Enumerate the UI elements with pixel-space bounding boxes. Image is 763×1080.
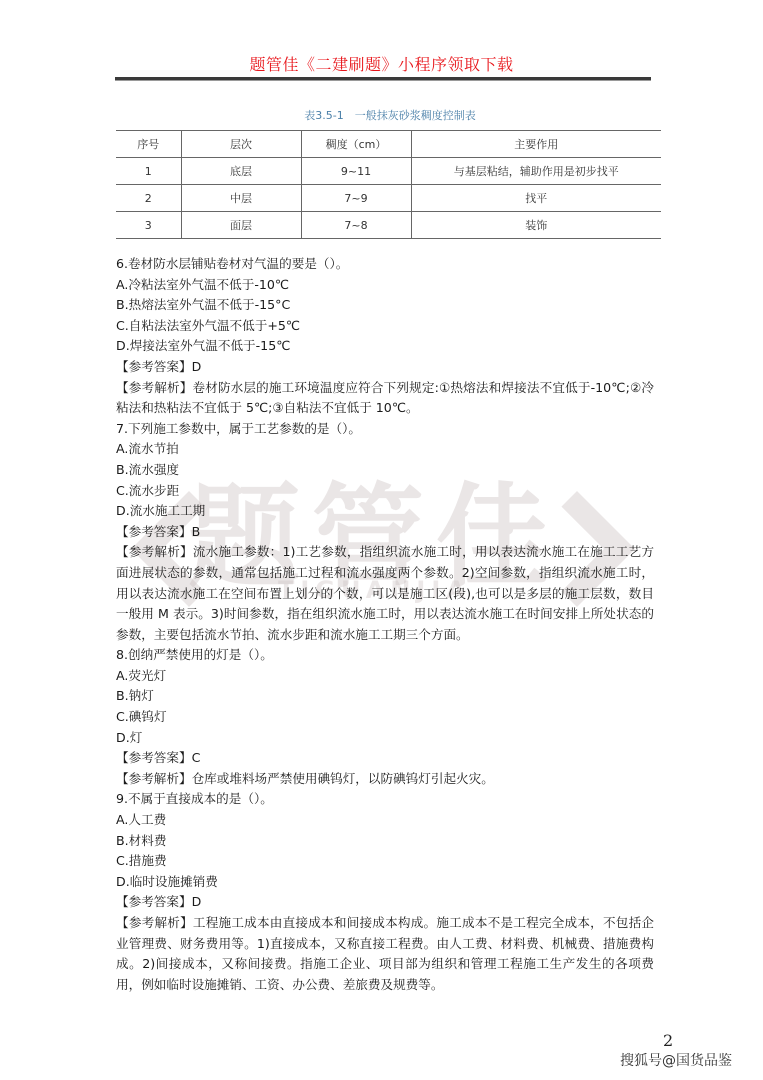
question-stem: 8.创纳严禁使用的灯是（）。 (116, 645, 654, 666)
table-cell: 3 (116, 212, 181, 239)
table-cell: 2 (116, 185, 181, 212)
option: C.自粘法法室外气温不低于+5℃ (116, 316, 654, 337)
option: D.流水施工工期 (116, 501, 654, 522)
question-6: 6.卷材防水层铺贴卷材对气温的要是（）。 A.冷粘法室外气温不低于-10℃ B.… (116, 254, 654, 419)
table-cell: 中层 (181, 185, 301, 212)
reference-analysis: 【参考解析】工程施工成本由直接成本和间接成本构成。施工成本不是工程完全成本，不包… (116, 913, 654, 995)
table-row: 2 中层 7~9 找平 (116, 185, 661, 212)
mortar-consistency-table: 序号 层次 稠度（cm） 主要作用 1 底层 9~11 与基层粘结，辅助作用是初… (116, 130, 661, 239)
table-cell: 装饰 (411, 212, 661, 239)
option: A.冷粘法室外气温不低于-10℃ (116, 275, 654, 296)
option: D.焊接法室外气温不低于-15℃ (116, 336, 654, 357)
question-stem: 6.卷材防水层铺贴卷材对气温的要是（）。 (116, 254, 654, 275)
reference-analysis: 【参考解析】仓库或堆料场严禁使用碘钨灯，以防碘钨灯引起火灾。 (116, 769, 654, 790)
table-cell: 1 (116, 158, 181, 185)
question-stem: 7.下列施工参数中，属于工艺参数的是（）。 (116, 419, 654, 440)
table-row: 1 底层 9~11 与基层粘结，辅助作用是初步找平 (116, 158, 661, 185)
table-row: 3 面层 7~8 装饰 (116, 212, 661, 239)
reference-analysis: 【参考解析】流水施工参数：1)工艺参数，指组织流水施工时，用以表达流水施工在施工… (116, 542, 654, 645)
table-cell: 9~11 (301, 158, 411, 185)
column-header: 层次 (181, 131, 301, 158)
option: B.材料费 (116, 831, 654, 852)
option: B.流水强度 (116, 460, 654, 481)
question-7: 7.下列施工参数中，属于工艺参数的是（）。 A.流水节拍 B.流水强度 C.流水… (116, 419, 654, 646)
reference-answer: 【参考答案】B (116, 522, 654, 543)
option: D.灯 (116, 728, 654, 749)
option: A.荧光灯 (116, 666, 654, 687)
header-divider (115, 77, 651, 81)
option: A.人工费 (116, 810, 654, 831)
table-caption: 表3.5-1 一般抹灰砂浆稠度控制表 (110, 107, 670, 123)
table-cell: 底层 (181, 158, 301, 185)
table-cell: 7~8 (301, 212, 411, 239)
page-number: 2 (663, 1031, 673, 1050)
column-header: 稠度（cm） (301, 131, 411, 158)
question-8: 8.创纳严禁使用的灯是（）。 A.荧光灯 B.钠灯 C.碘钨灯 D.灯 【参考答… (116, 645, 654, 789)
footer-source-credit: 搜狐号@国货品鉴 (620, 1050, 732, 1070)
option: D.临时设施摊销费 (116, 872, 654, 893)
option: B.热熔法室外气温不低于-15°C (116, 295, 654, 316)
header-title: 题管佳《二建刷题》小程序领取下载 (0, 52, 763, 75)
option: C.措施费 (116, 851, 654, 872)
reference-answer: 【参考答案】D (116, 892, 654, 913)
column-header: 序号 (116, 131, 181, 158)
column-header: 主要作用 (411, 131, 661, 158)
question-9: 9.不属于直接成本的是（）。 A.人工费 B.材料费 C.措施费 D.临时设施摊… (116, 789, 654, 995)
reference-analysis: 【参考解析】卷材防水层的施工环境温度应符合下列规定:①热熔法和焊接法不宜低于-1… (116, 378, 654, 419)
table-cell: 7~9 (301, 185, 411, 212)
option: C.流水步距 (116, 481, 654, 502)
question-list: 6.卷材防水层铺贴卷材对气温的要是（）。 A.冷粘法室外气温不低于-10℃ B.… (116, 254, 654, 995)
option: C.碘钨灯 (116, 707, 654, 728)
reference-answer: 【参考答案】C (116, 748, 654, 769)
table-cell: 与基层粘结，辅助作用是初步找平 (411, 158, 661, 185)
question-stem: 9.不属于直接成本的是（）。 (116, 789, 654, 810)
reference-answer: 【参考答案】D (116, 357, 654, 378)
table-cell: 找平 (411, 185, 661, 212)
table-header-row: 序号 层次 稠度（cm） 主要作用 (116, 131, 661, 158)
option: B.钠灯 (116, 686, 654, 707)
option: A.流水节拍 (116, 439, 654, 460)
table-cell: 面层 (181, 212, 301, 239)
